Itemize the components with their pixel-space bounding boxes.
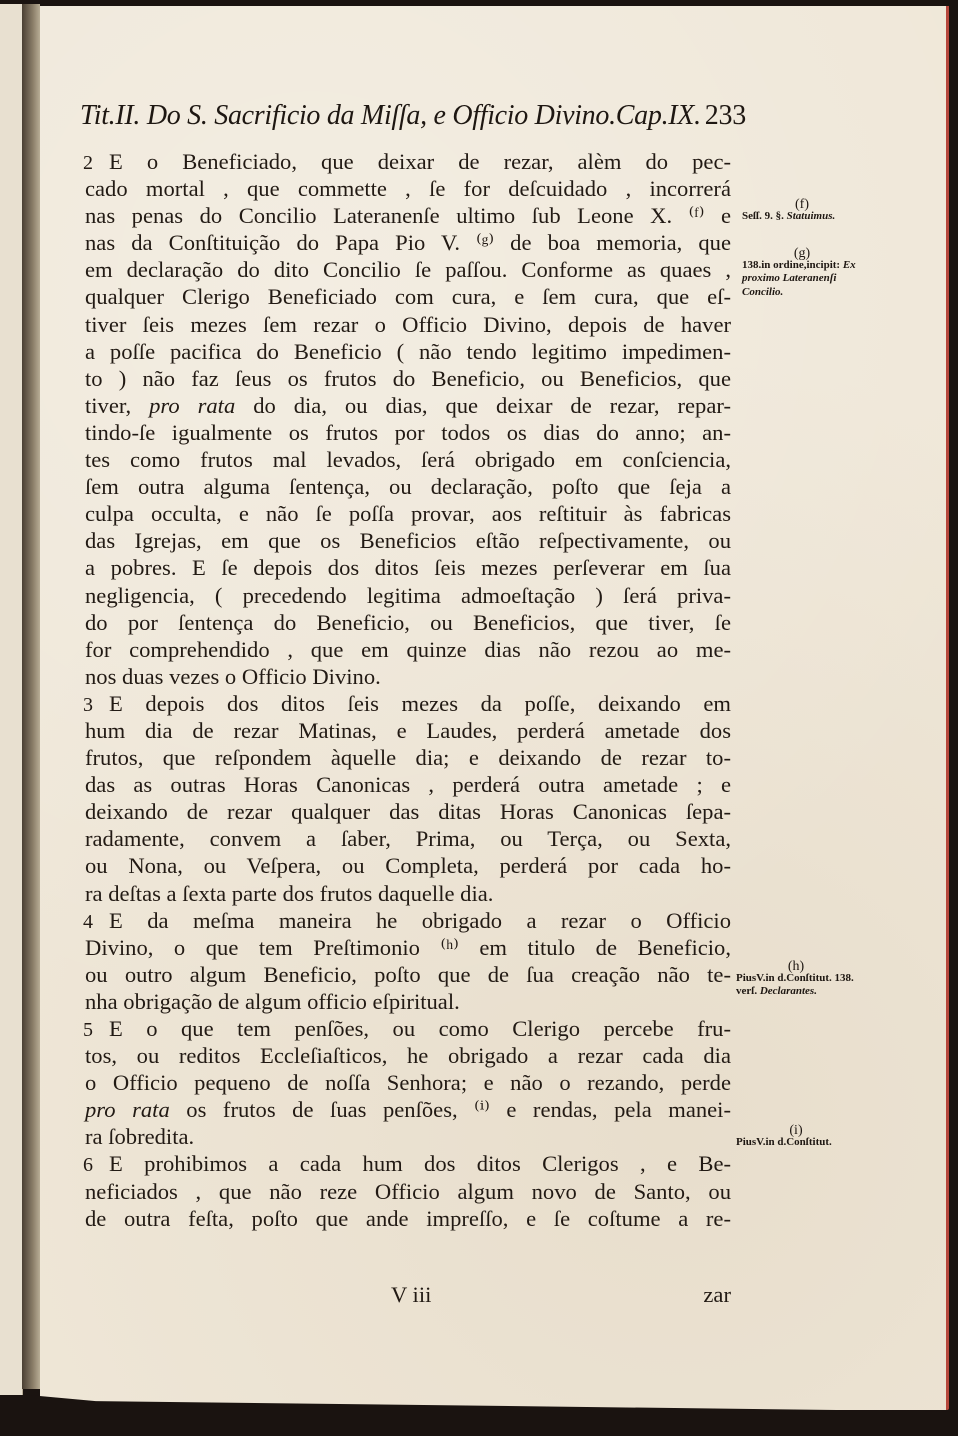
text-line: ſem outra alguma ſentença, ou declaração… [85,473,731,500]
text-line: 6E prohibimos a cada hum dos ditos Cleri… [85,1150,731,1177]
catchword: zar [703,1282,731,1308]
text-line: nas da Conſtituição do Papa Pio V. ⁽ᵍ⁾ d… [85,229,731,256]
body-text: 2E o Beneficiado, que deixar de rezar, a… [85,148,731,1232]
text-line: cado mortal , que commette , ſe for deſc… [85,175,731,202]
text-line: das Igrejas, em que os Beneficios eſtão … [85,527,731,554]
facing-page-edge [0,4,23,1409]
text-line: o Officio pequeno de noſſa Senhora; e nã… [85,1069,731,1096]
paragraph-number: 2 [83,150,109,177]
signature-mark: V iii [391,1282,431,1308]
text-line: nha obrigação de algum officio eſpiritua… [85,988,731,1015]
text-line: tiver, pro rata do dia, ou dias, que dei… [85,392,731,419]
margin-note-g: (g) 138.in ordine,incipit: Ex proximo La… [742,247,862,299]
paragraph-number: 5 [83,1017,109,1044]
text-line: frutos, que reſpondem àquelle dia; e dei… [85,744,731,771]
text-line: ra deſtas a ſexta parte dos frutos daque… [85,880,731,907]
text-line: ra ſobredita. [85,1123,731,1150]
margin-note-h: (h) PiusV.in d.Conſtitut. 138. verſ. Dec… [736,960,856,999]
text-line: 3E depois dos ditos ſeis mezes da poſſe,… [85,690,731,717]
text-line: tindo-ſe igualmente os frutos por todos … [85,419,731,446]
text-line: radamente, convem a ſaber, Prima, ou Ter… [85,825,731,852]
running-head-title: Tit.II. Do S. Sacrificio da Miſſa, e Off… [80,100,701,131]
text-line: das as outras Horas Canonicas , perderá … [85,771,731,798]
text-line: em declaração do dito Concilio ſe paſſou… [85,256,731,283]
text-line: nas penas do Concilio Lateranenſe ultimo… [85,202,731,229]
text-line: 4E da meſma maneira he obrigado a rezar … [85,907,731,934]
page-number: 233 [705,100,746,131]
running-head: Tit.II. Do S. Sacrificio da Miſſa, e Off… [80,100,740,132]
margin-note-f: (f) Seſſ. 9. §. Statuimus. [742,198,862,223]
text-line: 2E o Beneficiado, que deixar de rezar, a… [85,148,731,175]
text-line: negligencia, ( precedendo legitima admoe… [85,582,731,609]
page-footer: V iii zar [85,1282,731,1310]
text-line: qualquer Clerigo Beneficiado com cura, e… [85,283,731,310]
text-line: a poſſe pacifica do Beneficio ( não tend… [85,338,731,365]
book-gutter [22,4,40,1389]
text-line: tos, ou reditos Eccleſiaſticos, he obrig… [85,1042,731,1069]
text-line: 5E o que tem penſões, ou como Clerigo pe… [85,1015,731,1042]
paragraph-number: 3 [83,692,109,719]
text-line: tiver ſeis mezes ſem rezar o Officio Div… [85,311,731,338]
text-line: to ) não faz ſeus os frutos do Beneficio… [85,365,731,392]
text-line: tes como frutos mal levados, ſerá obriga… [85,446,731,473]
margin-note-i: (i) PiusV.in d.Conſtitut. [736,1124,856,1149]
text-line: de outra feſta, poſto que ande impreſſo,… [85,1205,731,1232]
text-line: ou Nona, ou Veſpera, ou Completa, perder… [85,852,731,879]
text-line: for comprehendido , que em quinze dias n… [85,636,731,663]
text-line: deixando de rezar qualquer das ditas Hor… [85,798,731,825]
text-line: a pobres. E ſe depois dos ditos ſeis mez… [85,554,731,581]
text-line: Divino, o que tem Preſtimonio ⁽ʰ⁾ em tit… [85,934,731,961]
text-line: ou outro algum Beneficio, poſto que de ſ… [85,961,731,988]
text-line: culpa occulta, e não ſe poſſa provar, ao… [85,500,731,527]
text-line: do por ſentença do Beneficio, ou Benefic… [85,609,731,636]
text-line: nos duas vezes o Officio Divino. [85,663,731,690]
text-line: pro rata os frutos de ſuas penſões, ⁽ⁱ⁾ … [85,1096,731,1123]
paragraph-number: 6 [83,1152,109,1179]
text-line: neficiados , que não reze Officio algum … [85,1178,731,1205]
text-line: hum dia de rezar Matinas, e Laudes, perd… [85,717,731,744]
paragraph-number: 4 [83,909,109,936]
